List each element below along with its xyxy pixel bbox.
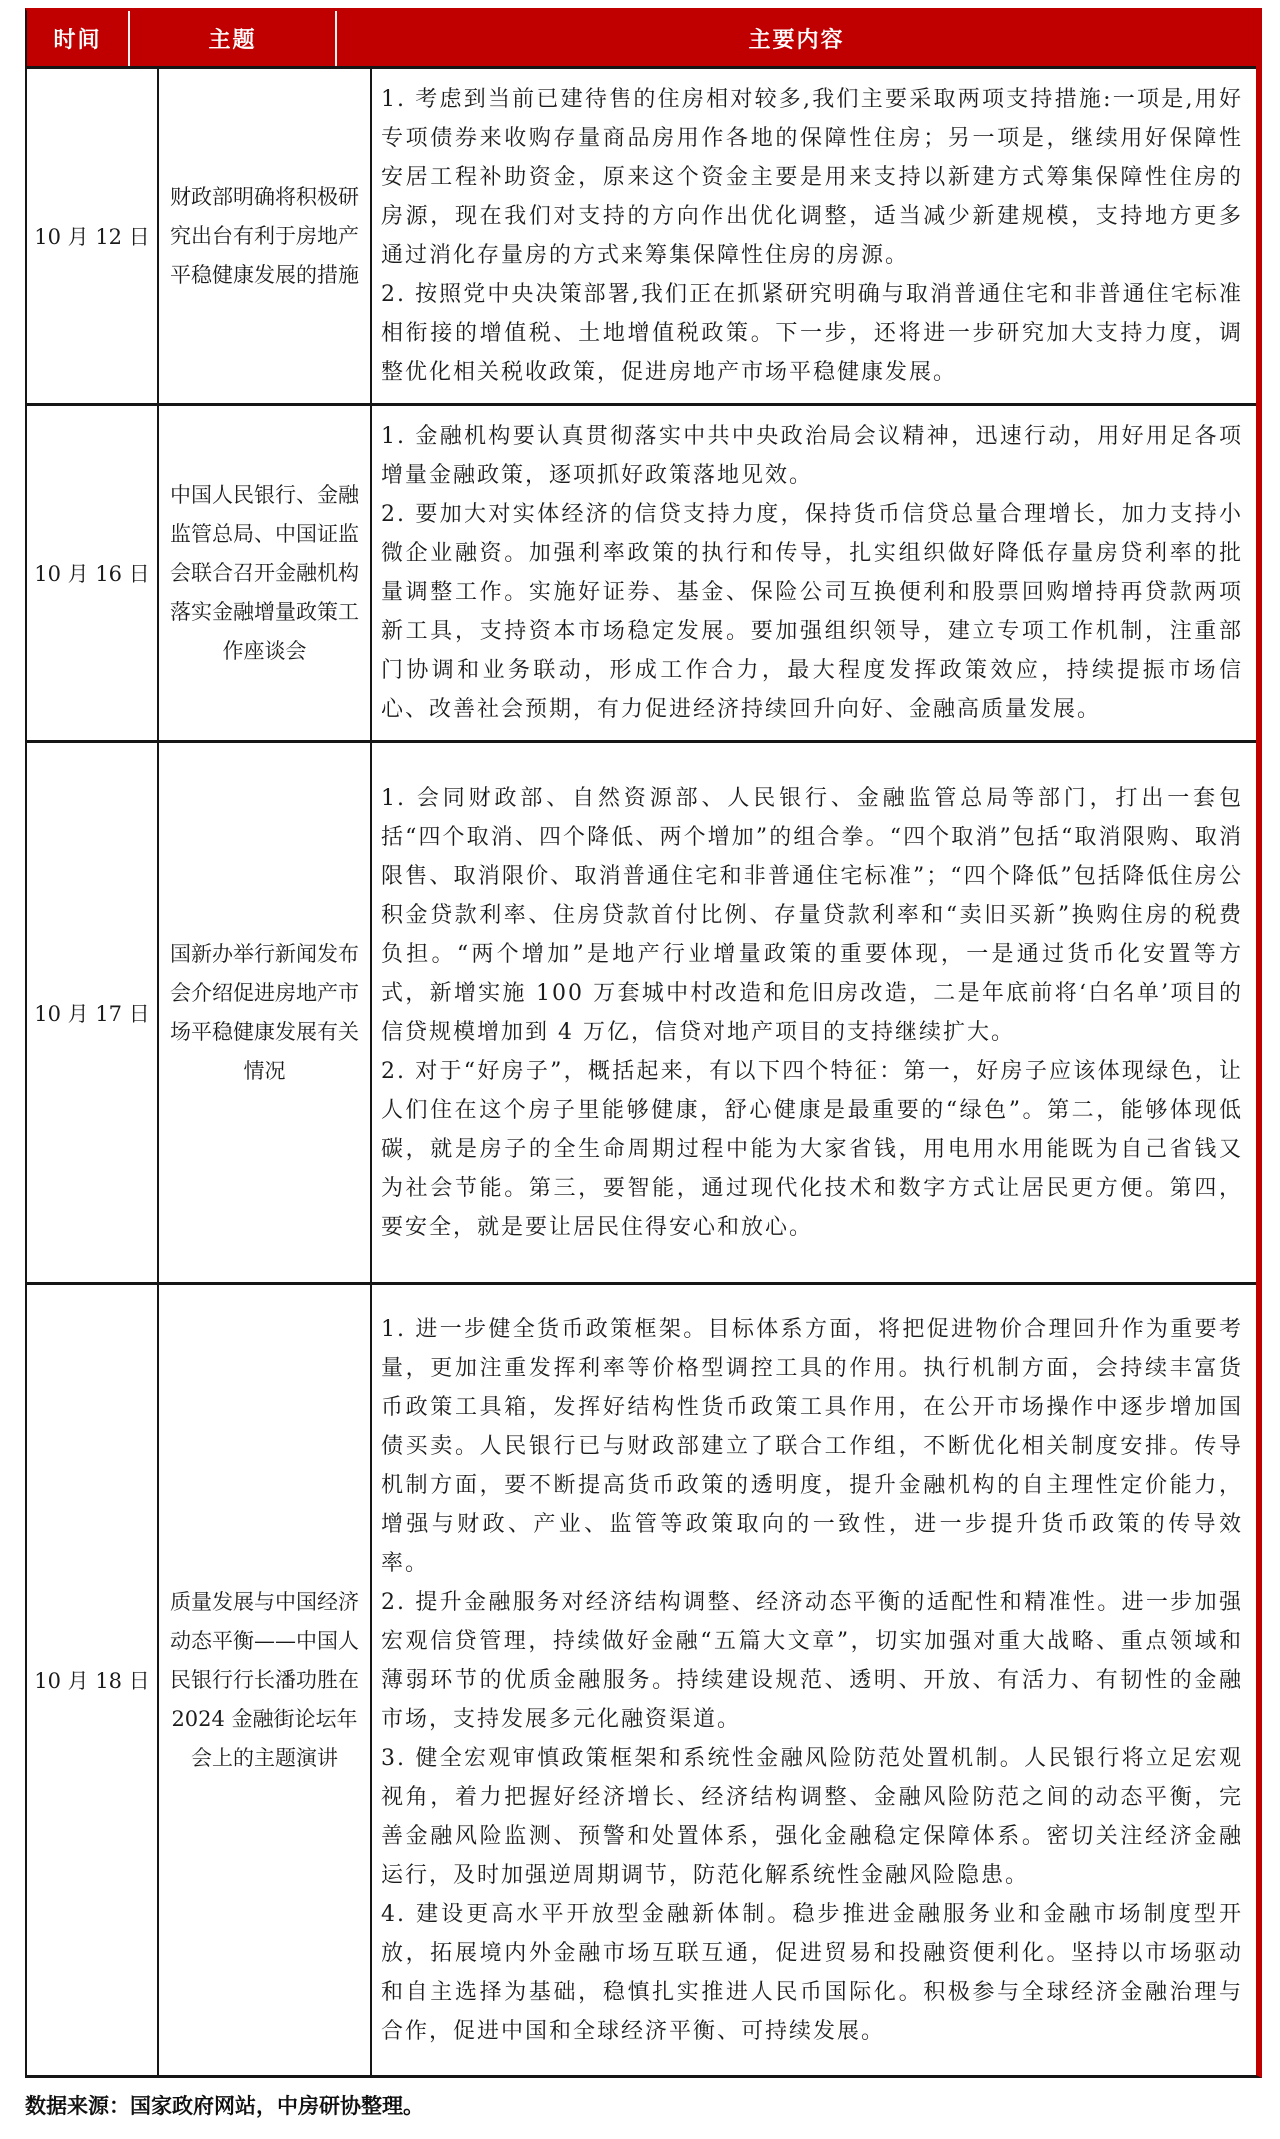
- content-paragraph: 2. 按照党中央决策部署,我们正在抓紧研究明确与取消普通住宅和非普通住宅标准相衔…: [381, 275, 1243, 392]
- col-header-topic: 主题: [128, 11, 335, 66]
- table-row: 10 月 17 日 国新办举行新闻发布会介绍促进房地产市场平稳健康发展有关情况 …: [27, 743, 1256, 1285]
- topic-cell: 质量发展与中国经济动态平衡——中国人民银行行长潘功胜在 2024 金融街论坛年会…: [157, 1285, 372, 2075]
- date-cell: 10 月 18 日: [27, 1285, 157, 2075]
- col-header-time: 时间: [27, 11, 128, 66]
- col-header-main-content: 主要内容: [335, 11, 1256, 66]
- content-paragraph: 2. 提升金融服务对经济结构调整、经济动态平衡的适配性和精准性。进一步加强宏观信…: [381, 1583, 1243, 1739]
- table-row: 10 月 18 日 质量发展与中国经济动态平衡——中国人民银行行长潘功胜在 20…: [27, 1285, 1256, 2075]
- content-cell: 1. 考虑到当前已建待售的住房相对较多,我们主要采取两项支持措施:一项是,用好专…: [372, 69, 1256, 403]
- date-cell: 10 月 16 日: [27, 406, 157, 740]
- content-paragraph: 3. 健全宏观审慎政策框架和系统性金融风险防范处置机制。人民银行将立足宏观视角，…: [381, 1739, 1243, 1895]
- date-cell: 10 月 12 日: [27, 69, 157, 403]
- topic-cell: 财政部明确将积极研究出台有利于房地产平稳健康发展的措施: [157, 69, 372, 403]
- content-cell: 1. 金融机构要认真贯彻落实中共中央政治局会议精神，迅速行动，用好用足各项增量金…: [372, 406, 1256, 740]
- table-header-row: 时间 主题 主要内容: [27, 11, 1256, 69]
- content-paragraph: 1. 金融机构要认真贯彻落实中共中央政治局会议精神，迅速行动，用好用足各项增量金…: [381, 417, 1243, 495]
- data-source-note: 数据来源：国家政府网站，中房研协整理。: [25, 2090, 424, 2120]
- content-cell: 1. 进一步健全货币政策框架。目标体系方面，将把促进物价合理回升作为重要考量，更…: [372, 1285, 1256, 2075]
- content-paragraph: 1. 考虑到当前已建待售的住房相对较多,我们主要采取两项支持措施:一项是,用好专…: [381, 80, 1243, 275]
- date-cell: 10 月 17 日: [27, 743, 157, 1282]
- policy-table: 时间 主题 主要内容 10 月 12 日 财政部明确将积极研究出台有利于房地产平…: [25, 8, 1262, 2078]
- table-body: 10 月 12 日 财政部明确将积极研究出台有利于房地产平稳健康发展的措施 1.…: [27, 69, 1256, 2075]
- topic-cell: 国新办举行新闻发布会介绍促进房地产市场平稳健康发展有关情况: [157, 743, 372, 1282]
- content-paragraph: 2. 要加大对实体经济的信贷支持力度，保持货币信贷总量合理增长，加力支持小微企业…: [381, 495, 1243, 729]
- content-paragraph: 1. 进一步健全货币政策框架。目标体系方面，将把促进物价合理回升作为重要考量，更…: [381, 1310, 1243, 1583]
- content-paragraph: 1. 会同财政部、自然资源部、人民银行、金融监管总局等部门，打出一套包括“四个取…: [381, 779, 1243, 1052]
- content-paragraph: 4. 建设更高水平开放型金融新体制。稳步推进金融服务业和金融市场制度型开放，拓展…: [381, 1895, 1243, 2051]
- content-cell: 1. 会同财政部、自然资源部、人民银行、金融监管总局等部门，打出一套包括“四个取…: [372, 743, 1256, 1282]
- table-row: 10 月 16 日 中国人民银行、金融监管总局、中国证监会联合召开金融机构落实金…: [27, 406, 1256, 743]
- content-paragraph: 2. 对于“好房子”，概括起来，有以下四个特征：第一，好房子应该体现绿色，让人们…: [381, 1052, 1243, 1247]
- document-page: { "colors": { "header_bg": "#c00000", "h…: [0, 0, 1280, 2139]
- topic-cell: 中国人民银行、金融监管总局、中国证监会联合召开金融机构落实金融增量政策工作座谈会: [157, 406, 372, 740]
- table-row: 10 月 12 日 财政部明确将积极研究出台有利于房地产平稳健康发展的措施 1.…: [27, 69, 1256, 406]
